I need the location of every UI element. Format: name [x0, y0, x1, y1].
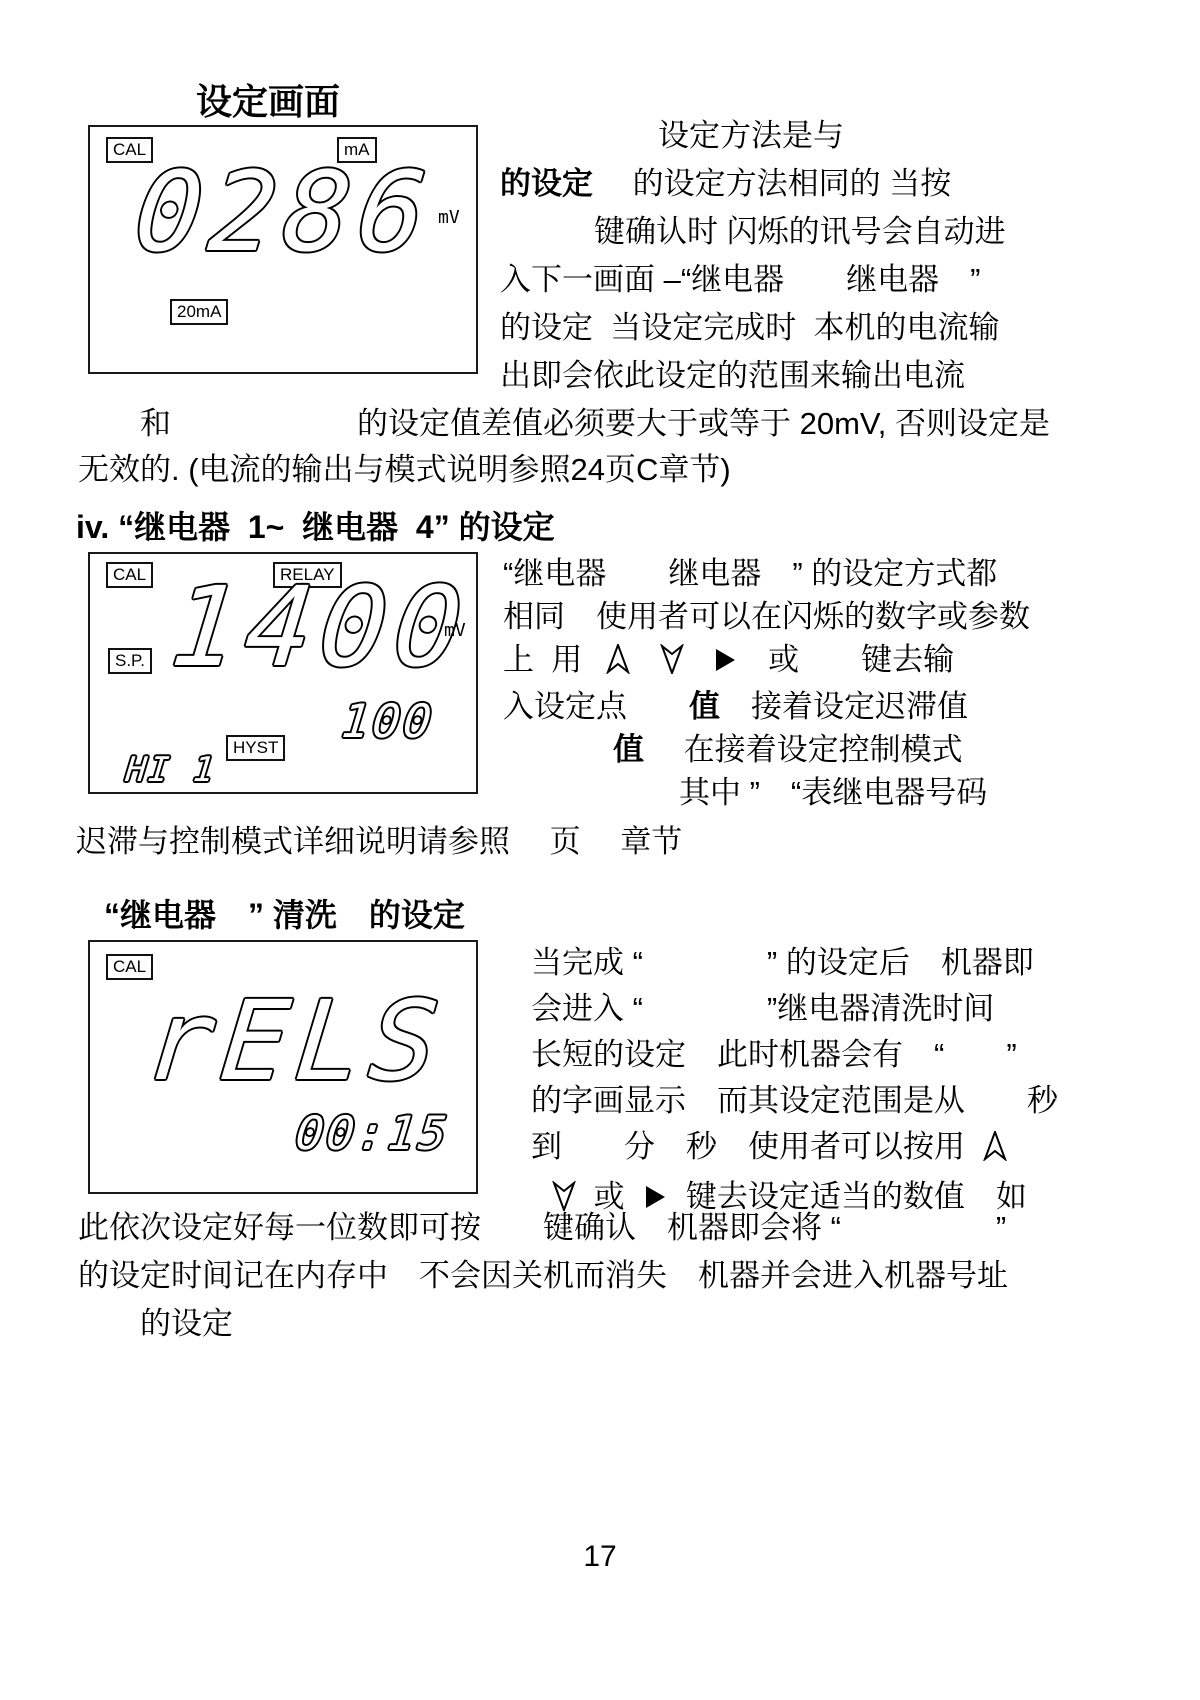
section2-paragraph: “继电器 继电器 ” 的设定方式都 相同 使用者可以在闪烁的数字或参数 上 用 … — [503, 552, 1200, 814]
lcd2-hyst-value: 100 — [340, 698, 437, 744]
bold-term: 值 — [613, 732, 644, 767]
page-number: 17 — [0, 1540, 1200, 1574]
cal-indicator: CAL — [106, 954, 153, 980]
range-20ma-indicator: 20mA — [170, 299, 228, 325]
text-line: 长短的设定 此时机器会有 “ ” — [505, 1032, 1200, 1078]
text-line: 上 用 或 键去输 — [503, 638, 1200, 685]
text-run: 在接着设定控制模式 — [644, 732, 963, 767]
text-run: 到 分 秒 使用者可以按用 — [531, 1129, 974, 1164]
section3-note-line3: 的设定 — [78, 1298, 233, 1343]
lcd2-relay-status: HI 1 — [124, 753, 217, 787]
section3-note-line2: 的设定时间记在内存中 不会因关机而消失 机器并会进入机器号址 — [78, 1250, 1008, 1295]
bold-term: 值 — [689, 689, 720, 724]
section3-paragraph: 当完成 “ ” 的设定后 机器即 会进入 “ ”继电器清洗时间 长短的设定 此时… — [505, 940, 1200, 1224]
up-arrow-icon — [605, 642, 631, 685]
lcd-display-2: CAL RELAY 1400 mV S.P. 100 HYST HI 1 — [88, 552, 478, 794]
text-line: 入下一画面 –“继电器 继电器 ” — [500, 256, 1200, 304]
text-run: 入设定点 — [503, 689, 689, 724]
text-line: 键确认时 闪烁的讯号会自动进 — [500, 208, 1200, 256]
lcd2-main-digits: 1400 — [166, 572, 474, 682]
setpoint-indicator: S.P. — [108, 648, 152, 674]
text-line: “继电器 继电器 ” 的设定方式都 — [503, 552, 1200, 595]
lcd-display-3: CAL rELS 00:15 — [88, 940, 478, 1194]
section1-title: 设定画面 — [196, 74, 340, 125]
text-line: 值 在接着设定控制模式 — [503, 728, 1200, 771]
bold-term: 的设定 — [500, 166, 593, 201]
text-line: 的设定 当设定完成时 本机的电流输 — [500, 304, 1200, 352]
text-line: 到 分 秒 使用者可以按用 — [505, 1124, 1200, 1174]
section2-heading: iv. “继电器 1~ 继电器 4” 的设定 — [76, 502, 555, 548]
section2-note-line: 迟滞与控制模式详细说明请参照 页 章节 — [76, 816, 682, 861]
lcd3-main-digits: rELS — [142, 986, 450, 1096]
text-run: 的设定方法相同的 当按 — [593, 166, 951, 201]
text-line: 的设定 的设定方法相同的 当按 — [500, 160, 1200, 208]
text-line: 入设定点 值 接着设定迟滞值 — [503, 685, 1200, 728]
down-arrow-icon — [659, 642, 685, 685]
lcd1-main-digits: 0286 — [130, 157, 438, 267]
up-arrow-icon — [982, 1128, 1008, 1174]
hyst-indicator: HYST — [226, 735, 285, 761]
text-line: 的字画显示 而其设定范围是从 秒 — [505, 1078, 1200, 1124]
text-run: 接着设定迟滞值 — [720, 689, 968, 724]
cal-indicator: CAL — [106, 562, 153, 588]
text-line: 当完成 “ ” 的设定后 机器即 — [505, 940, 1200, 986]
text-line: 会进入 “ ”继电器清洗时间 — [505, 986, 1200, 1032]
section1-paragraph: 设定方法是与 的设定 的设定方法相同的 当按 键确认时 闪烁的讯号会自动进 入下… — [500, 112, 1200, 400]
lcd3-time-value: 00:15 — [294, 1110, 452, 1156]
section1-note-line1: 和 的设定值差值必须要大于或等于 20mV, 否则设定是 — [78, 398, 1050, 443]
section3-note-line1: 此依次设定好每一位数即可按 键确认 机器即会将 “ ” — [78, 1202, 1006, 1247]
text-run: 或 — [751, 642, 799, 677]
text-line: 相同 使用者可以在闪烁的数字或参数 — [503, 595, 1200, 638]
right-arrow-icon — [713, 642, 737, 685]
text-line: 出即会依此设定的范围来输出电流 — [500, 352, 1200, 400]
section3-heading: “继电器 ” 清洗 的设定 — [104, 890, 465, 936]
manual-page: 设定画面 CAL mA 0286 mV 20mA 设定方法是与 的设定 的设定方… — [0, 0, 1200, 1700]
mv-unit-label: mV — [438, 207, 460, 228]
text-run: 上 用 — [503, 642, 591, 677]
text-line: 其中 ” “表继电器号码 — [503, 771, 1200, 814]
section1-note-line2: 无效的. (电流的输出与模式说明参照24页C章节) — [78, 444, 731, 489]
text-run: 键去输 — [799, 642, 954, 677]
lcd-display-1: CAL mA 0286 mV 20mA — [88, 125, 478, 374]
mv-unit-label: mV — [444, 620, 466, 641]
text-line: 设定方法是与 — [500, 112, 1200, 160]
